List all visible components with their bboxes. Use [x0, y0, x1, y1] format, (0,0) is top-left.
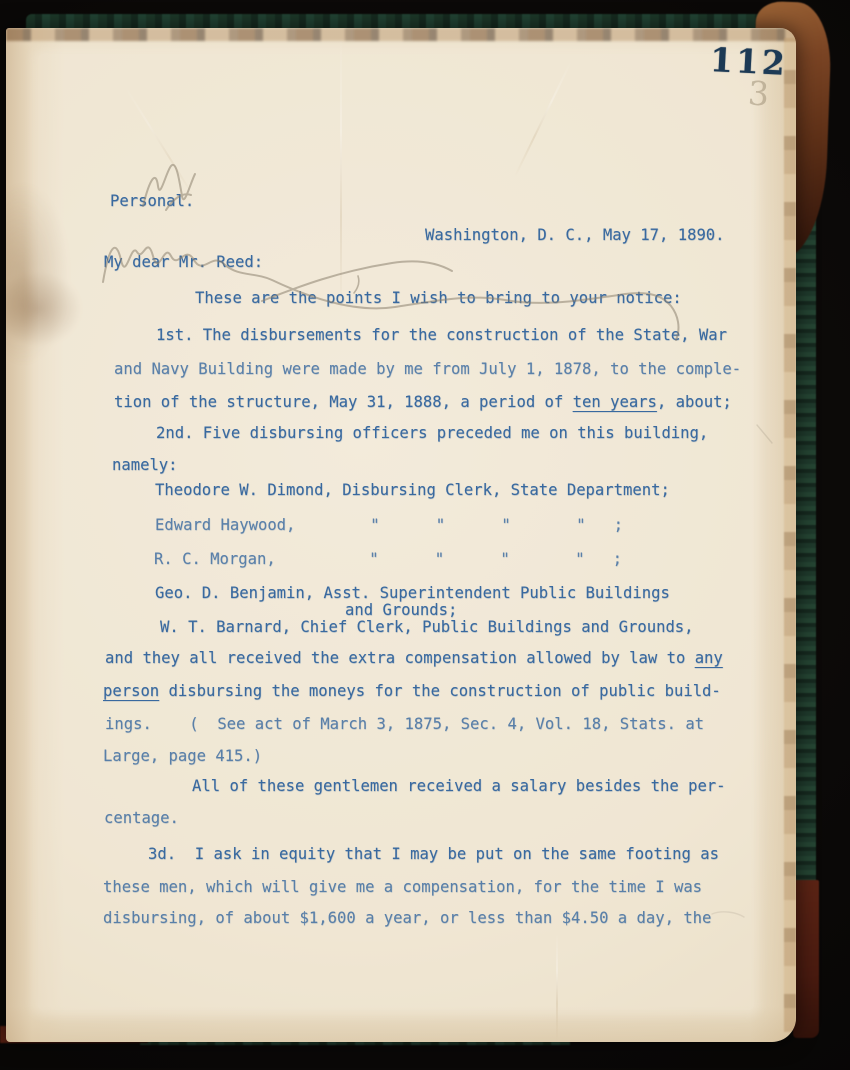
binding-right-maroon-edge [793, 880, 819, 1038]
book-photograph: 112 3 Personal. Washington, D. C., May 1… [0, 0, 850, 1070]
paper-crease [556, 933, 558, 1041]
copybook-page: 112 3 [6, 28, 796, 1042]
page-rough-fore-edge [784, 38, 796, 1032]
pencil-page-note: 3 [747, 73, 771, 113]
page-rough-top-edge [6, 28, 796, 41]
tissue-sheet-overlay [38, 54, 754, 1010]
paper-crease [340, 34, 342, 314]
